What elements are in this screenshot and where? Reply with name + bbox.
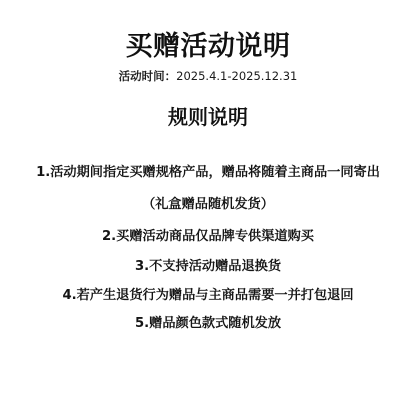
activity-period-label: 活动时间： xyxy=(119,69,177,83)
rule-item-3: 3.不支持活动赠品退换货 xyxy=(0,258,416,276)
activity-period-value: 2025.4.1-2025.12.31 xyxy=(176,69,297,83)
rule-item-1: 1.活动期间指定买赠规格产品，赠品将随着主商品一同寄出 xyxy=(0,164,416,182)
rule-item-5: 5.赠品颜色款式随机发放 xyxy=(0,315,416,333)
rule-item-2: 2.买赠活动商品仅品牌专供渠道购买 xyxy=(0,228,416,246)
rule-item-1-note: （礼盒赠品随机发货） xyxy=(0,196,416,214)
activity-period: 活动时间：2025.4.1-2025.12.31 xyxy=(0,68,416,84)
rule-item-4: 4.若产生退货行为赠品与主商品需要一并打包退回 xyxy=(0,287,416,305)
rules-section-title: 规则说明 xyxy=(0,104,416,130)
page-title: 买赠活动说明 xyxy=(0,30,416,64)
